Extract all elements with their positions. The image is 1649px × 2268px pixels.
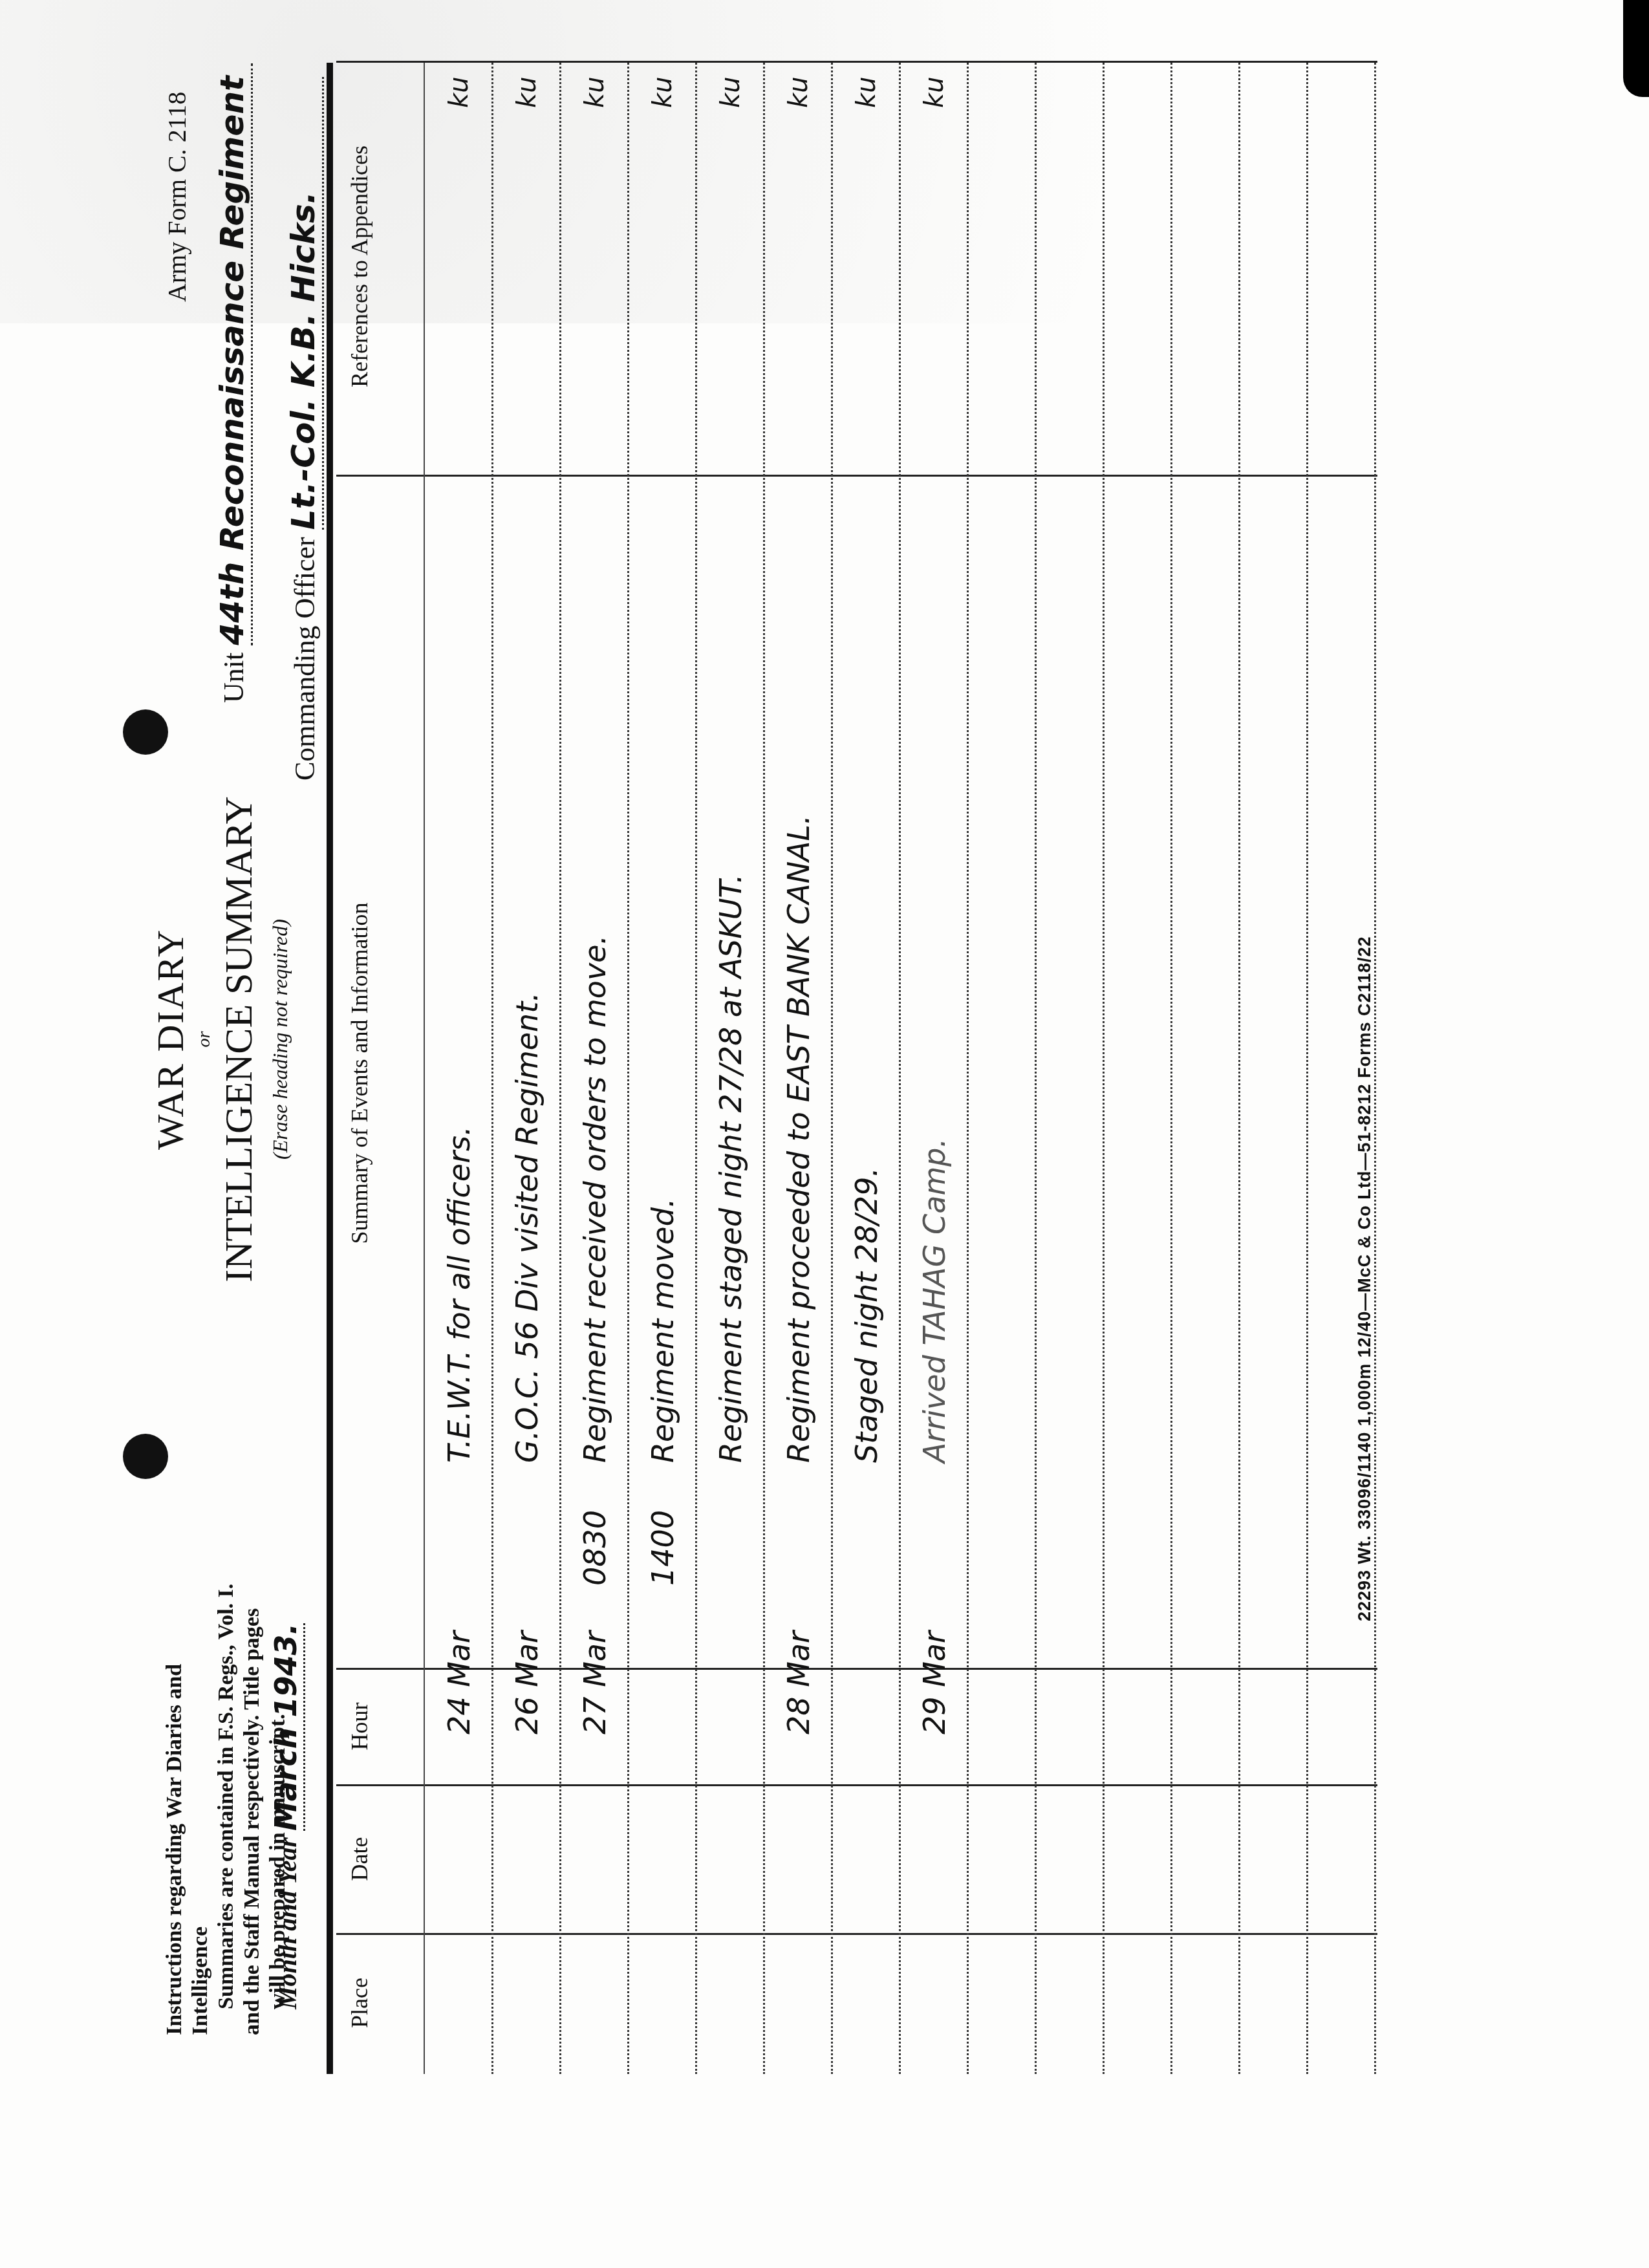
cell-place (766, 1744, 831, 1867)
cell-place (1038, 1744, 1103, 1867)
cell-hour (1242, 1479, 1306, 1586)
table-row: Regiment staged night 27/28 at ASKUT. ku (698, 63, 765, 2074)
unit-value: 44th Reconnaissance Regiment (213, 63, 253, 645)
cell-date: 26 Mar (495, 1595, 559, 1734)
cell-hour (427, 1479, 491, 1586)
cell-place (698, 1744, 763, 1867)
table-row: 29 Mar Arrived TAHAG Camp. ku (902, 63, 969, 2074)
cell-hour (495, 1479, 559, 1586)
unit-field: Unit 44th Reconnaissance Regiment (213, 63, 253, 703)
cell-summary: Regiment staged night 27/28 at ASKUT. (698, 299, 763, 1463)
cell-place (427, 1744, 491, 1867)
cell-place (970, 1744, 1035, 1867)
commanding-officer-field: Commanding Officer Lt.-Col. K.B. Hicks. (285, 77, 324, 781)
cell-hour (1174, 1479, 1238, 1586)
col-header-place: Place (346, 1935, 373, 2071)
cell-initials: ku (563, 43, 627, 108)
cell-initials (970, 43, 1035, 108)
cell-summary: Regiment moved. (630, 299, 695, 1463)
cell-summary: Regiment proceeded to EAST BANK CANAL. (766, 299, 831, 1463)
cell-summary: T.E.W.T. for all officers. (427, 299, 491, 1463)
cell-hour (766, 1479, 831, 1586)
cell-summary: Arrived TAHAG Camp. (902, 299, 967, 1463)
cell-summary: G.O.C. 56 Div visited Regiment. (495, 299, 559, 1463)
cell-summary (1038, 299, 1103, 1463)
title-or: or (194, 748, 215, 1330)
cell-initials (1242, 43, 1306, 108)
cell-date: 24 Mar (427, 1595, 491, 1734)
cell-date: 27 Mar (563, 1595, 627, 1734)
cell-initials: ku (630, 43, 695, 108)
table-row: 1400 Regiment moved. ku (630, 63, 697, 2074)
cell-hour (1038, 1479, 1103, 1586)
co-label: Commanding Officer (289, 537, 321, 781)
scanned-page: Instructions regarding War Diaries and I… (0, 0, 1649, 2268)
title-war-diary: WAR DIARY (149, 748, 192, 1330)
cell-date: 29 Mar (902, 1595, 967, 1734)
cell-initials: ku (766, 43, 831, 108)
co-value: Lt.-Col. K.B. Hicks. (285, 77, 324, 530)
cell-place (495, 1744, 559, 1867)
col-header-hour: Hour (346, 1670, 373, 1783)
cell-place (1309, 1744, 1374, 1867)
cell-date (1106, 1595, 1170, 1734)
instruction-line: Summaries are contained in F.S. Regs., V… (213, 1582, 239, 2035)
cell-initials: ku (834, 43, 899, 108)
table-row: 24 Mar T.E.W.T. for all officers. ku (427, 63, 493, 2074)
printer-imprint: 22293 Wt. 33096/1140 1,000m 12/40—McC & … (1355, 936, 1375, 1621)
table-row: 27 Mar 0830 Regiment received orders to … (563, 63, 629, 2074)
cell-initials: ku (902, 43, 967, 108)
table-row (1242, 63, 1308, 2074)
cell-summary (970, 299, 1035, 1463)
cell-date (630, 1595, 695, 1734)
cell-place (1106, 1744, 1170, 1867)
title-note: (Erase heading not required) (268, 748, 292, 1330)
col-header-date: Date (346, 1786, 373, 1932)
cell-initials (1038, 43, 1103, 108)
cell-initials: ku (698, 43, 763, 108)
cell-initials (1174, 43, 1238, 108)
table-row: 28 Mar Regiment proceeded to EAST BANK C… (766, 63, 833, 2074)
cell-place (563, 1744, 627, 1867)
unit-label: Unit (218, 653, 250, 703)
cell-place (834, 1744, 899, 1867)
cell-initials: ku (427, 43, 491, 108)
cell-date (698, 1595, 763, 1734)
instruction-line: Instructions regarding War Diaries and I… (162, 1582, 213, 2035)
cell-hour (698, 1479, 763, 1586)
table-top-rule (327, 63, 333, 2074)
table-row (970, 63, 1037, 2074)
cell-hour: 1400 (630, 1479, 695, 1586)
month-year: Month and Year March 1943. (268, 1623, 305, 2009)
cell-summary: Regiment received orders to move. (563, 299, 627, 1463)
cell-date (1174, 1595, 1238, 1734)
cell-summary: Staged night 28/29. (834, 299, 899, 1463)
cell-place (630, 1744, 695, 1867)
punch-hole (123, 1434, 168, 1479)
cell-summary (1174, 299, 1238, 1463)
table-row: 26 Mar G.O.C. 56 Div visited Regiment. k… (495, 63, 561, 2074)
cell-date (970, 1595, 1035, 1734)
col-header-summary: Summary of Events and Information (346, 480, 373, 1667)
table-row (1106, 63, 1172, 2074)
cell-place (902, 1744, 967, 1867)
title-intelligence-summary: INTELLIGENCE SUMMARY (217, 684, 261, 1395)
header-rule (424, 63, 425, 2074)
cell-initials: ku (495, 43, 559, 108)
instruction-line: and the Staff Manual respectively. Title… (239, 1582, 265, 2035)
table-row (1174, 63, 1240, 2074)
cell-date (834, 1595, 899, 1734)
cell-initials (1309, 43, 1374, 108)
cell-date: 28 Mar (766, 1595, 831, 1734)
cell-date (1038, 1595, 1103, 1734)
cell-hour (902, 1479, 967, 1586)
month-year-value: March 1943. (268, 1623, 305, 1831)
table-row: Staged night 28/29. ku (834, 63, 901, 2074)
cell-hour (1106, 1479, 1170, 1586)
cell-hour (834, 1479, 899, 1586)
cell-place (1242, 1744, 1306, 1867)
cell-date (1242, 1595, 1306, 1734)
col-header-references: References to Appendices (346, 59, 373, 473)
war-diary-form: Instructions regarding War Diaries and I… (0, 0, 1649, 2268)
cell-initials (1106, 43, 1170, 108)
cell-hour (970, 1479, 1035, 1586)
cell-place (1174, 1744, 1238, 1867)
table-row (1038, 63, 1105, 2074)
cell-summary (1106, 299, 1170, 1463)
cell-summary (1242, 299, 1306, 1463)
month-year-label: Month and Year (273, 1837, 302, 2009)
army-form-id: Army Form C. 2118 (162, 92, 192, 302)
cell-hour: 0830 (563, 1479, 627, 1586)
